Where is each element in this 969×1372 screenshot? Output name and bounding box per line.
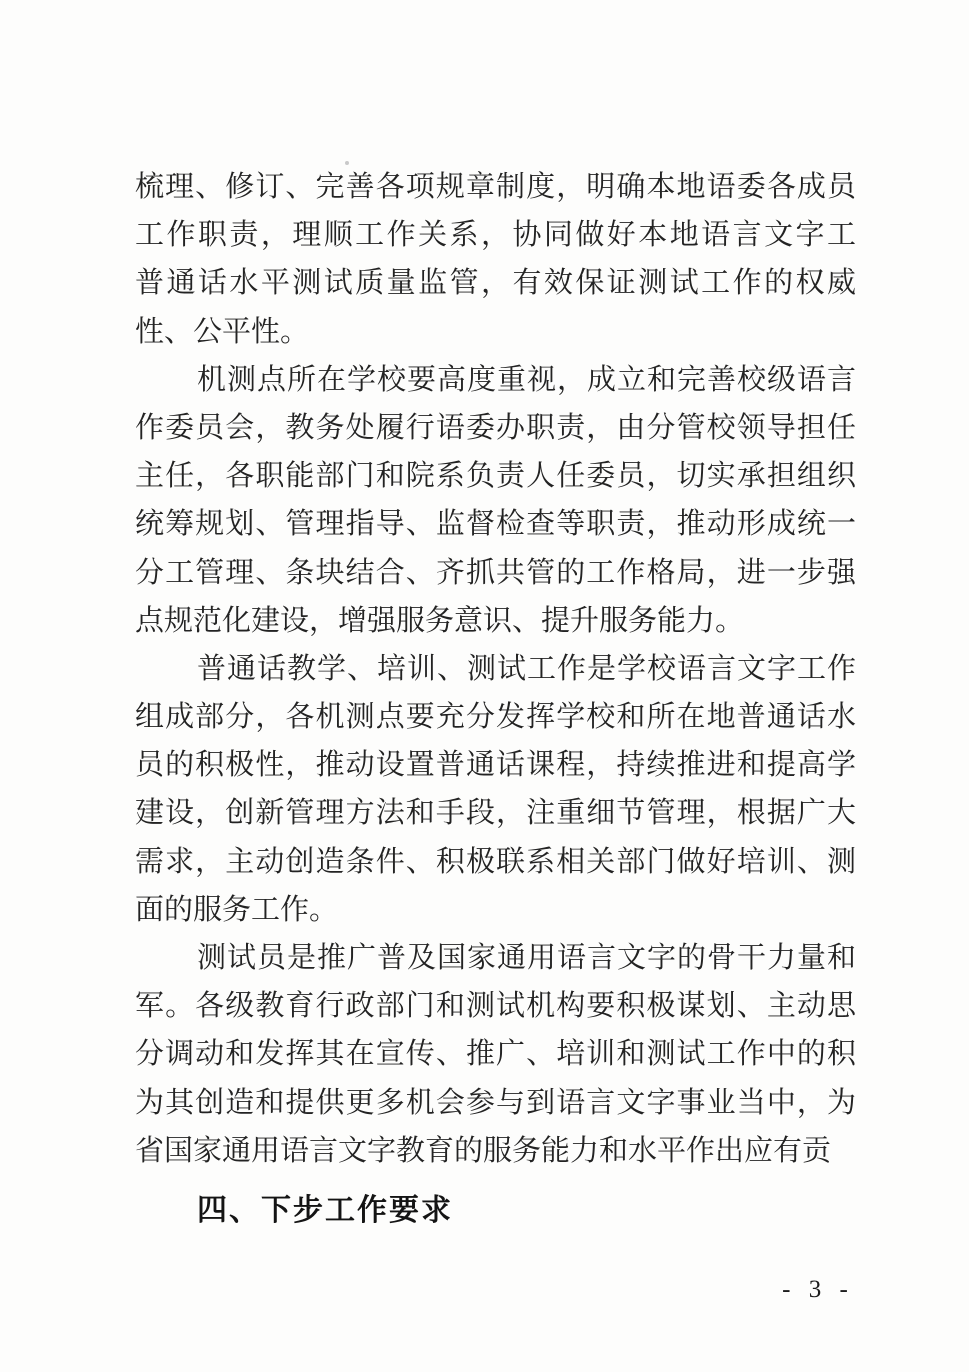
text-line: 面的服务工作。 xyxy=(135,886,856,934)
paragraph: 梳理、修订、完善各项规章制度，明确本地语委各成员单位的 工作职责，理顺工作关系，… xyxy=(135,163,856,356)
text-line: 需求，主动创造条件、积极联系相关部门做好培训、测试等方 xyxy=(135,838,856,886)
text-line: 分工管理、条块结合、齐抓共管的工作格局，进一步强化机测 xyxy=(135,549,856,597)
section-heading: 四、下步工作要求 xyxy=(135,1187,856,1235)
text-line: 员的积极性，推动设置普通话课程，持续推进和提高学校内涵 xyxy=(135,741,856,789)
text-line: 工作职责，理顺工作关系，协同做好本地语言文字工作，加强 xyxy=(135,211,856,259)
text-line: 为其创造和提供更多机会参与到语言文字事业当中，为提升全 xyxy=(135,1079,856,1127)
text-line: 普通话水平测试质量监管，有效保证测试工作的权威性、严肃 xyxy=(135,259,856,307)
text-line: 统筹规划、管理指导、监督检查等职责，推动形成统一领导、 xyxy=(135,500,856,548)
text-line: 机测点所在学校要高度重视，成立和完善校级语言文字工 xyxy=(135,356,856,404)
paragraph: 机测点所在学校要高度重视，成立和完善校级语言文字工 作委员会，教务处履行语委办职… xyxy=(135,356,856,645)
text-line: 点规范化建设，增强服务意识、提升服务能力。 xyxy=(135,597,856,645)
text-line: 作委员会，教务处履行语委办职责，由分管校领导担任校语委 xyxy=(135,404,856,452)
text-line: 性、公平性。 xyxy=(135,308,856,356)
document-body: 梳理、修订、完善各项规章制度，明确本地语委各成员单位的 工作职责，理顺工作关系，… xyxy=(135,163,856,1235)
text-line: 分调动和发挥其在宣传、推广、培训和测试工作中的积极作用， xyxy=(135,1030,856,1078)
text-line: 梳理、修订、完善各项规章制度，明确本地语委各成员单位的 xyxy=(135,163,856,211)
text-line: 主任，各职能部门和院系负责人任委员，切实承担组织领导、 xyxy=(135,452,856,500)
text-line: 普通话教学、培训、测试工作是学校语言文字工作的重要 xyxy=(135,645,856,693)
text-line: 测试员是推广普及国家通用语言文字的骨干力量和主力 xyxy=(135,934,856,982)
text-line: 组成部分，各机测点要充分发挥学校和所在地普通话水平测试 xyxy=(135,693,856,741)
text-line: 军。各级教育行政部门和测试机构要积极谋划、主动思考，充 xyxy=(135,982,856,1030)
paragraph: 普通话教学、培训、测试工作是学校语言文字工作的重要 组成部分，各机测点要充分发挥… xyxy=(135,645,856,934)
paragraph: 测试员是推广普及国家通用语言文字的骨干力量和主力 军。各级教育行政部门和测试机构… xyxy=(135,934,856,1175)
text-line: 建设，创新管理方法和手段，注重细节管理，根据广大师生的 xyxy=(135,789,856,837)
page-number: - 3 - xyxy=(778,1276,858,1304)
scanned-document-page: 梳理、修订、完善各项规章制度，明确本地语委各成员单位的 工作职责，理顺工作关系，… xyxy=(0,0,969,1372)
text-line: 省国家通用语言文字教育的服务能力和水平作出应有贡献。 xyxy=(135,1127,856,1175)
